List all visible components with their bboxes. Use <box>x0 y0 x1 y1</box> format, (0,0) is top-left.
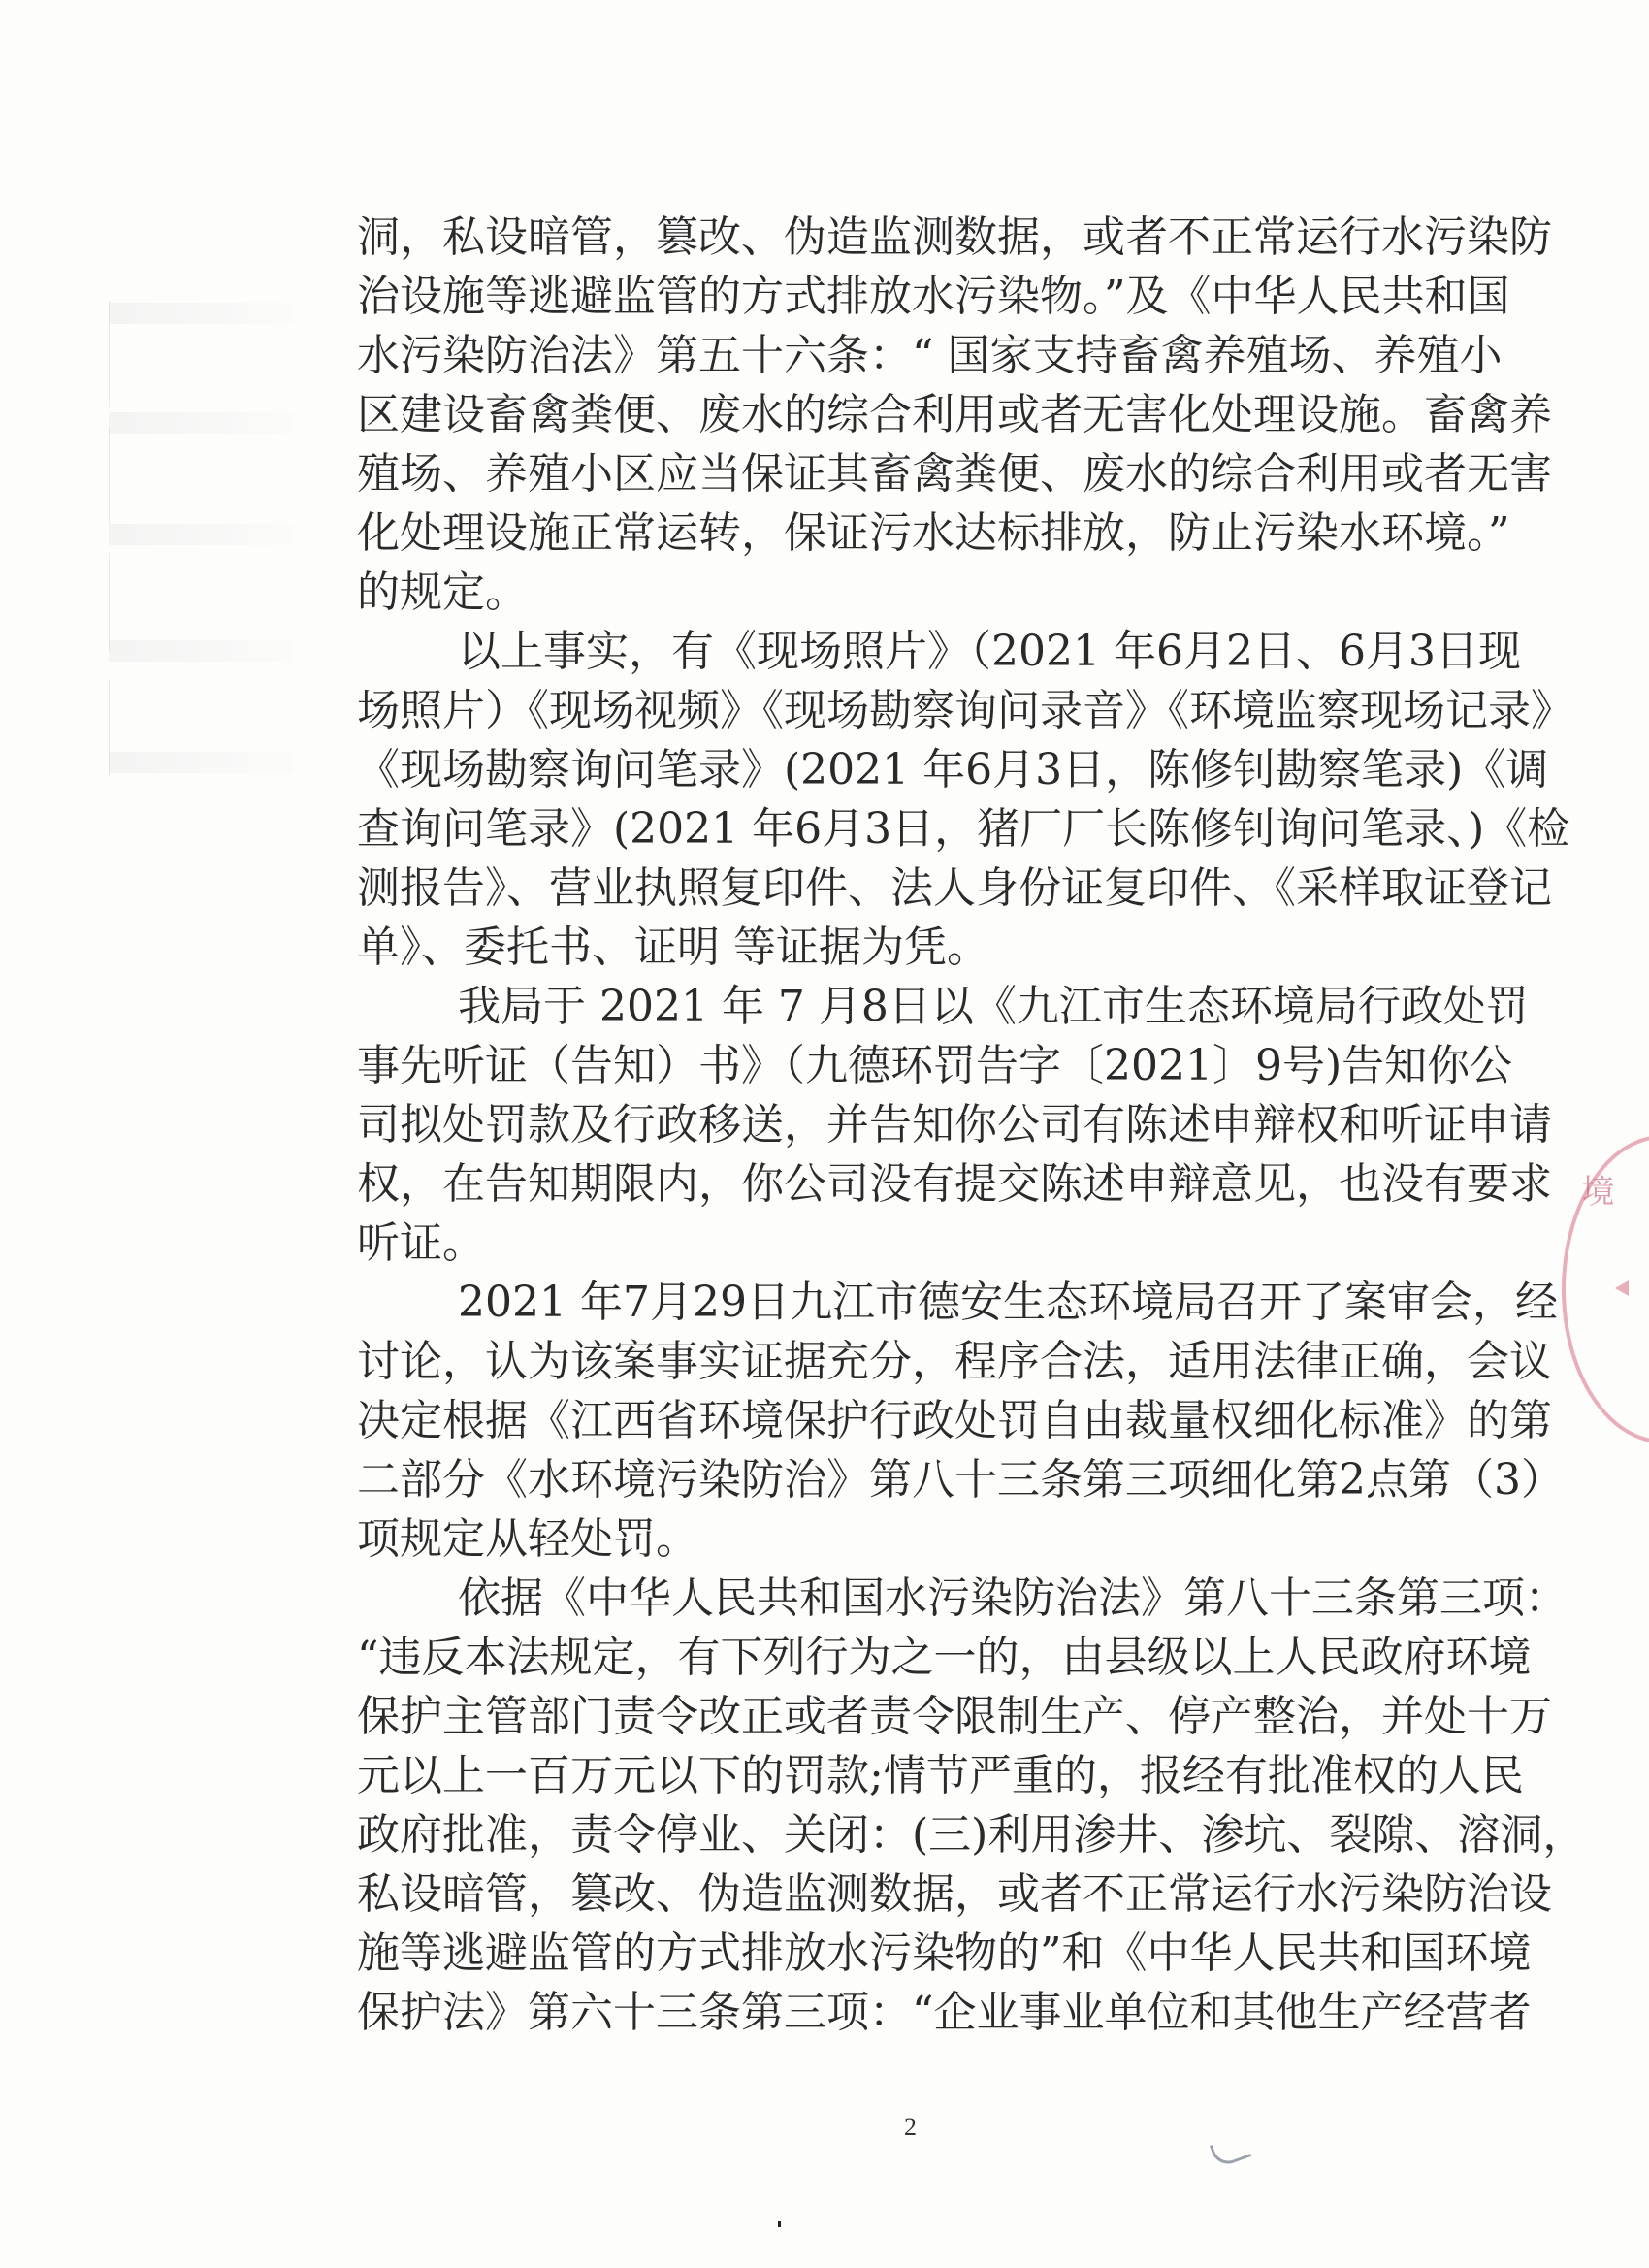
text-line: 项规定从轻处罚。 <box>357 1509 1467 1569</box>
paragraph-start-line: 我局于 2021 年 7 月8日以《九江市生态环境局行政处罚 <box>357 977 1467 1036</box>
scan-artifact <box>109 524 293 545</box>
scan-artifact <box>109 303 293 324</box>
text-line: 元以上一百万元以下的罚款;情节严重的，报经有批准权的人民 <box>357 1746 1467 1805</box>
scan-artifact <box>109 752 293 773</box>
document-page: 洞，私设暗管，篡改、伪造监测数据，或者不正常运行水污染防 治设施等逃避监管的方式… <box>0 0 1649 2268</box>
text-line: “违反本法规定，有下列行为之一的，由县级以上人民政府环境 <box>357 1628 1467 1687</box>
text-line: 化处理设施正常运转，保证污水达标排放，防止污染水环境。” <box>357 503 1467 563</box>
paragraph-start-line: 2021 年7月29日九江市德安生态环境局召开了案审会，经 <box>357 1273 1467 1332</box>
text-line: 测报告》、营业执照复印件、法人身份证复印件、《采样取证登记 <box>357 859 1467 918</box>
scan-speck <box>778 2221 781 2227</box>
text-line: 保护主管部门责令改正或者责令限制生产、停产整治，并处十万 <box>357 1687 1467 1746</box>
text-line: 洞，私设暗管，篡改、伪造监测数据，或者不正常运行水污染防 <box>357 208 1467 267</box>
text-line: 水污染防治法》第五十六条：“ 国家支持畜禽养殖场、养殖小 <box>357 326 1467 385</box>
body-text: 洞，私设暗管，篡改、伪造监测数据，或者不正常运行水污染防 治设施等逃避监管的方式… <box>357 208 1467 2042</box>
text-line: 的规定。 <box>357 563 1467 622</box>
text-line: 听证。 <box>357 1214 1467 1273</box>
scan-artifact <box>109 412 293 434</box>
pen-mark-icon <box>1210 2133 1251 2168</box>
text-line: 场照片）《现场视频》《现场勘察询问录音》《环境监察现场记录》 <box>357 681 1467 740</box>
text-line: 事先听证（告知）书》（九德环罚告字〔2021〕9号)告知你公 <box>357 1036 1467 1095</box>
text-line: 二部分《水环境污染防治》第八十三条第三项细化第2点第（3） <box>357 1450 1467 1509</box>
scan-artifact <box>109 553 110 650</box>
text-line: 区建设畜禽粪便、废水的综合利用或者无害化处理设施。畜禽养 <box>357 385 1467 444</box>
text-line: 权，在告知期限内，你公司没有提交陈述申辩意见，也没有要求 <box>357 1154 1467 1214</box>
seal-star-icon <box>1615 1280 1629 1296</box>
text-line: 私设暗管，篡改、伪造监测数据，或者不正常运行水污染防治设 <box>357 1864 1467 1924</box>
paragraph-start-line: 以上事实，有《现场照片》（2021 年6月2日、6月3日现 <box>357 622 1467 681</box>
text-line: 讨论，认为该案事实证据充分，程序合法，适用法律正确，会议 <box>357 1332 1467 1391</box>
text-line: 保护法》第六十三条第三项：“企业事业单位和其他生产经营者 <box>357 1983 1467 2042</box>
text-line: 殖场、养殖小区应当保证其畜禽粪便、废水的综合利用或者无害 <box>357 444 1467 503</box>
text-line: 施等逃避监管的方式排放水污染物的”和《中华人民共和国环境 <box>357 1924 1467 1983</box>
seal-text: 境 <box>1573 1174 1616 1207</box>
text-line: 查询问笔录》(2021 年6月3日，猪厂厂长陈修钊询问笔录、)《检 <box>357 799 1467 859</box>
page-number: 2 <box>904 2113 917 2142</box>
text-line: 司拟处罚款及行政移送，并告知你公司有陈述申辩权和听证申请 <box>357 1095 1467 1154</box>
scan-artifact <box>109 640 293 662</box>
paragraph-start-line: 依据《中华人民共和国水污染防治法》第八十三条第三项： <box>357 1569 1467 1628</box>
text-line: 政府批准，责令停业、关闭：(三)利用渗井、渗坑、裂隙、溶洞， <box>357 1805 1467 1864</box>
text-line: 治设施等逃避监管的方式排放水污染物。”及《中华人民共和国 <box>357 267 1467 326</box>
scan-artifact <box>109 427 110 524</box>
text-line: 单》、委托书、证明 等证据为凭。 <box>357 918 1467 977</box>
text-line: 《现场勘察询问笔录》(2021 年6月3日，陈修钊勘察笔录)《调 <box>357 740 1467 799</box>
text-line: 决定根据《江西省环境保护行政处罚自由裁量权细化标准》的第 <box>357 1391 1467 1450</box>
